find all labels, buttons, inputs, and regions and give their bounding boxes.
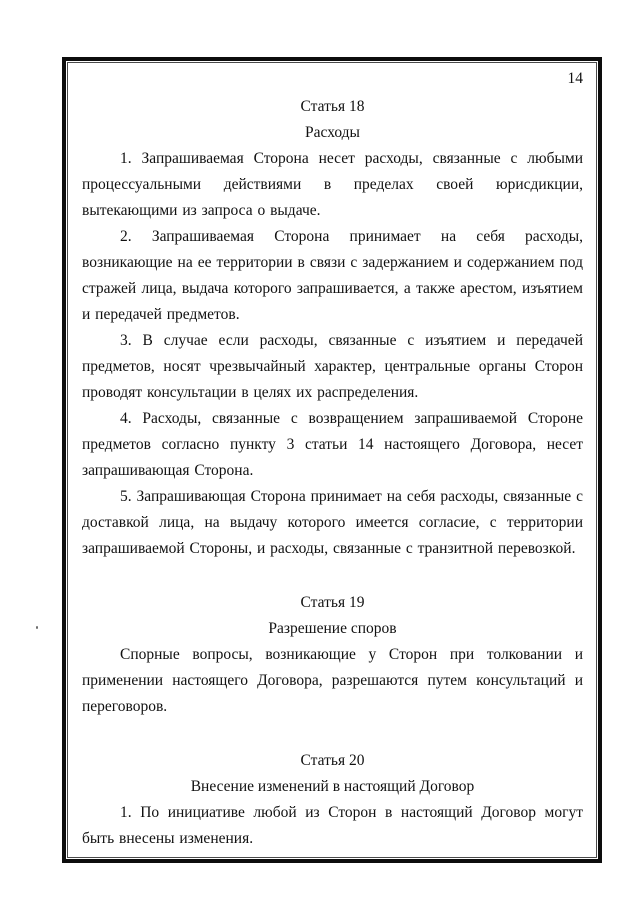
article-20-heading: Статья 20 [82,748,583,774]
article-18: Статья 18 Расходы 1. Запрашиваемая Сторо… [82,94,583,562]
article-18-paragraph-3: 3. В случае если расходы, связанные с из… [82,328,583,406]
article-18-paragraph-5: 5. Запрашивающая Сторона принимает на се… [82,484,583,562]
article-19: Статья 19 Разрешение споров Спорные вопр… [82,590,583,720]
article-18-paragraph-4: 4. Расходы, связанные с возвращением зап… [82,406,583,484]
article-20-paragraph-1: 1. По инициативе любой из Сторон в насто… [82,800,583,852]
article-18-paragraph-2: 2. Запрашиваемая Сторона принимает на се… [82,224,583,328]
document-border-frame: 14 Статья 18 Расходы 1. Запрашиваемая Ст… [62,57,602,863]
article-19-heading: Статья 19 [82,590,583,616]
article-18-title: Расходы [82,120,583,146]
document-content-area: 14 Статья 18 Расходы 1. Запрашиваемая Ст… [67,62,597,858]
article-20-title: Внесение изменений в настоящий Договор [82,774,583,800]
scan-speck [36,626,38,629]
article-20: Статья 20 Внесение изменений в настоящий… [82,748,583,852]
article-19-title: Разрешение споров [82,616,583,642]
article-19-paragraph-1: Спорные вопросы, возникающие у Сторон пр… [82,642,583,720]
article-18-heading: Статья 18 [82,94,583,120]
article-18-paragraph-1: 1. Запрашиваемая Сторона несет расходы, … [82,146,583,224]
scanned-document-page: 14 Статья 18 Расходы 1. Запрашиваемая Ст… [0,0,640,905]
page-number: 14 [82,66,583,92]
